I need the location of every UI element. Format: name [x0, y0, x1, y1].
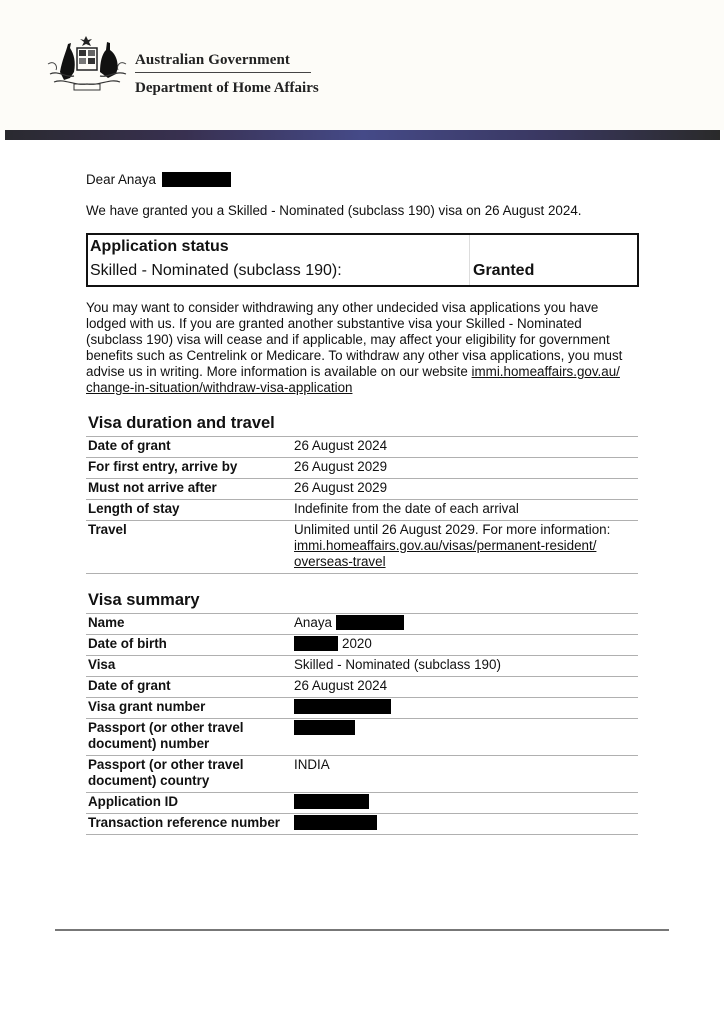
redacted-surname [162, 172, 231, 187]
row-value-text: Skilled - Nominated (subclass 190) [294, 657, 501, 672]
row-value-text: Indefinite from the date of each arrival [294, 501, 519, 516]
table-row: For first entry, arrive by26 August 2029 [86, 458, 638, 479]
table-row: Application ID [86, 793, 638, 814]
table-row: Visa grant number [86, 698, 638, 719]
row-label: Travel [86, 521, 290, 574]
redaction-block [294, 720, 355, 735]
table-row: Passport (or other traveldocument) numbe… [86, 719, 638, 756]
row-value: Skilled - Nominated (subclass 190) [290, 656, 638, 677]
row-value: Anaya [290, 614, 638, 635]
row-label: Visa grant number [86, 698, 290, 719]
table-row: VisaSkilled - Nominated (subclass 190) [86, 656, 638, 677]
table-row: Passport (or other traveldocument) count… [86, 756, 638, 793]
row-value-text: Anaya [294, 615, 332, 630]
row-value-text: 26 August 2029 [294, 480, 387, 495]
row-value-text: 2020 [342, 636, 372, 651]
application-status-box: Application status Skilled - Nominated (… [86, 233, 639, 287]
department-name: Department of Home Affairs [135, 80, 319, 97]
row-label: For first entry, arrive by [86, 458, 290, 479]
redaction-block [294, 794, 369, 809]
row-value [290, 793, 638, 814]
row-label: Date of birth [86, 635, 290, 656]
withdraw-paragraph: You may want to consider withdrawing any… [86, 300, 641, 396]
salutation: Dear Anaya [86, 172, 231, 188]
status-title: Application status [90, 238, 229, 256]
duration-section-title: Visa duration and travel [88, 414, 275, 433]
row-label: Must not arrive after [86, 479, 290, 500]
table-row: Must not arrive after26 August 2029 [86, 479, 638, 500]
table-row: Date of birth2020 [86, 635, 638, 656]
row-value [290, 719, 638, 756]
row-value-text: 26 August 2024 [294, 438, 387, 453]
redaction-block [294, 699, 391, 714]
row-value: Indefinite from the date of each arrival [290, 500, 638, 521]
redaction-block [294, 636, 338, 651]
row-value [290, 814, 638, 835]
coat-of-arms-icon [44, 34, 130, 96]
row-label: Passport (or other traveldocument) numbe… [86, 719, 290, 756]
redaction-block [294, 815, 377, 830]
table-row: NameAnaya [86, 614, 638, 635]
table-row: Length of stayIndefinite from the date o… [86, 500, 638, 521]
row-label: Application ID [86, 793, 290, 814]
row-value: 26 August 2024 [290, 437, 638, 458]
status-visa-label: Skilled - Nominated (subclass 190): [90, 262, 342, 280]
letterhead-divider [135, 72, 311, 73]
row-label: Name [86, 614, 290, 635]
row-value-text: INDIA [294, 757, 330, 772]
table-row: Date of grant26 August 2024 [86, 677, 638, 698]
row-label: Date of grant [86, 437, 290, 458]
grant-statement: We have granted you a Skilled - Nominate… [86, 203, 582, 219]
table-row: TravelUnlimited until 26 August 2029. Fo… [86, 521, 638, 574]
row-value: Unlimited until 26 August 2029. For more… [290, 521, 638, 574]
row-value-text: 26 August 2024 [294, 678, 387, 693]
row-value [290, 698, 638, 719]
row-value: 2020 [290, 635, 638, 656]
row-label: Date of grant [86, 677, 290, 698]
summary-table: NameAnayaDate of birth2020VisaSkilled - … [86, 613, 638, 835]
status-divider [469, 235, 470, 285]
letterhead-band [5, 130, 720, 140]
table-row: Date of grant26 August 2024 [86, 437, 638, 458]
letterhead: Australian Government Department of Home… [0, 0, 724, 130]
row-label: Passport (or other traveldocument) count… [86, 756, 290, 793]
row-label: Transaction reference number [86, 814, 290, 835]
row-label: Length of stay [86, 500, 290, 521]
row-value: 26 August 2029 [290, 479, 638, 500]
summary-section-title: Visa summary [88, 591, 200, 610]
duration-table: Date of grant26 August 2024For first ent… [86, 436, 638, 574]
redaction-block [336, 615, 404, 630]
status-value: Granted [473, 262, 534, 280]
row-value-text: Unlimited until 26 August 2029. For more… [294, 522, 610, 537]
travel-info-link[interactable]: immi.homeaffairs.gov.au/visas/permanent-… [294, 538, 596, 569]
salutation-text: Dear Anaya [86, 172, 156, 187]
government-name: Australian Government [135, 52, 290, 69]
row-label: Visa [86, 656, 290, 677]
row-value: 26 August 2024 [290, 677, 638, 698]
row-value: INDIA [290, 756, 638, 793]
row-value-text: 26 August 2029 [294, 459, 387, 474]
table-row: Transaction reference number [86, 814, 638, 835]
row-value: 26 August 2029 [290, 458, 638, 479]
footer-divider [55, 929, 669, 931]
